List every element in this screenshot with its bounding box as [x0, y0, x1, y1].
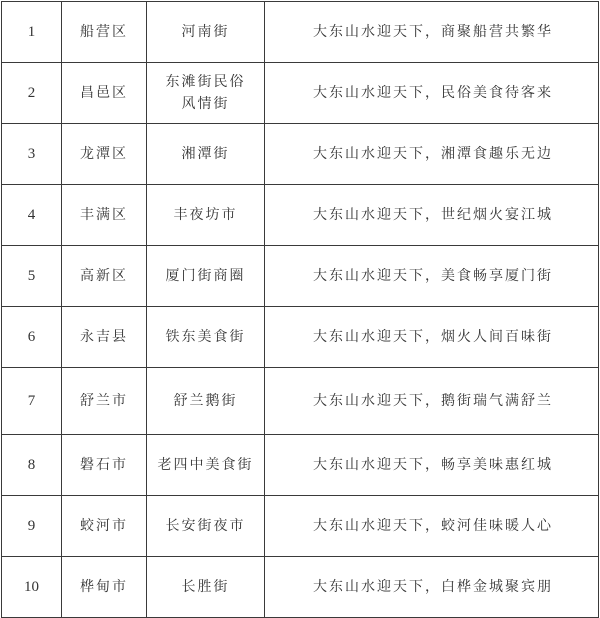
row-number: 7	[2, 368, 62, 435]
row-number: 8	[2, 435, 62, 496]
row-number: 4	[2, 185, 62, 246]
slogan-cell: 大东山水迎天下，鹅街瑞气满舒兰	[265, 368, 599, 435]
row-number: 6	[2, 307, 62, 368]
region-cell: 昌邑区	[62, 63, 147, 124]
table-row: 9 蛟河市 长安街夜市 大东山水迎天下，蛟河佳味暖人心	[2, 496, 599, 557]
street-cell: 东滩街民俗风情街	[147, 63, 265, 124]
street-cell: 丰夜坊市	[147, 185, 265, 246]
table-row: 6 永吉县 铁东美食街 大东山水迎天下，烟火人间百味街	[2, 307, 599, 368]
region-cell: 龙潭区	[62, 124, 147, 185]
street-cell: 铁东美食街	[147, 307, 265, 368]
region-cell: 永吉县	[62, 307, 147, 368]
table-row: 10 桦甸市 长胜街 大东山水迎天下，白桦金城聚宾朋	[2, 557, 599, 618]
table-row: 2 昌邑区 东滩街民俗风情街 大东山水迎天下，民俗美食待客来	[2, 63, 599, 124]
table-row: 3 龙潭区 湘潭街 大东山水迎天下，湘潭食趣乐无边	[2, 124, 599, 185]
row-number: 3	[2, 124, 62, 185]
food-street-table: 1 船营区 河南街 大东山水迎天下，商聚船营共繁华 2 昌邑区 东滩街民俗风情街…	[1, 1, 599, 617]
slogan-cell: 大东山水迎天下，商聚船营共繁华	[265, 2, 599, 63]
slogan-cell: 大东山水迎天下，蛟河佳味暖人心	[265, 496, 599, 557]
row-number: 10	[2, 557, 62, 618]
region-cell: 高新区	[62, 246, 147, 307]
row-number: 5	[2, 246, 62, 307]
street-cell: 老四中美食街	[147, 435, 265, 496]
region-cell: 磐石市	[62, 435, 147, 496]
slogan-cell: 大东山水迎天下，民俗美食待客来	[265, 63, 599, 124]
row-number: 9	[2, 496, 62, 557]
street-cell: 舒兰鹅街	[147, 368, 265, 435]
region-cell: 船营区	[62, 2, 147, 63]
slogan-cell: 大东山水迎天下，湘潭食趣乐无边	[265, 124, 599, 185]
street-cell: 湘潭街	[147, 124, 265, 185]
table-row: 7 舒兰市 舒兰鹅街 大东山水迎天下，鹅街瑞气满舒兰	[2, 368, 599, 435]
region-cell: 丰满区	[62, 185, 147, 246]
street-cell: 长胜街	[147, 557, 265, 618]
row-number: 2	[2, 63, 62, 124]
slogan-cell: 大东山水迎天下，美食畅享厦门街	[265, 246, 599, 307]
region-cell: 蛟河市	[62, 496, 147, 557]
table-row: 8 磐石市 老四中美食街 大东山水迎天下，畅享美味惠红城	[2, 435, 599, 496]
street-cell: 厦门街商圈	[147, 246, 265, 307]
table-row: 1 船营区 河南街 大东山水迎天下，商聚船营共繁华	[2, 2, 599, 63]
street-cell: 长安街夜市	[147, 496, 265, 557]
slogan-cell: 大东山水迎天下，烟火人间百味街	[265, 307, 599, 368]
slogan-cell: 大东山水迎天下，白桦金城聚宾朋	[265, 557, 599, 618]
slogan-cell: 大东山水迎天下，世纪烟火宴江城	[265, 185, 599, 246]
region-cell: 桦甸市	[62, 557, 147, 618]
region-cell: 舒兰市	[62, 368, 147, 435]
slogan-cell: 大东山水迎天下，畅享美味惠红城	[265, 435, 599, 496]
street-cell: 河南街	[147, 2, 265, 63]
row-number: 1	[2, 2, 62, 63]
table-row: 4 丰满区 丰夜坊市 大东山水迎天下，世纪烟火宴江城	[2, 185, 599, 246]
table-row: 5 高新区 厦门街商圈 大东山水迎天下，美食畅享厦门街	[2, 246, 599, 307]
